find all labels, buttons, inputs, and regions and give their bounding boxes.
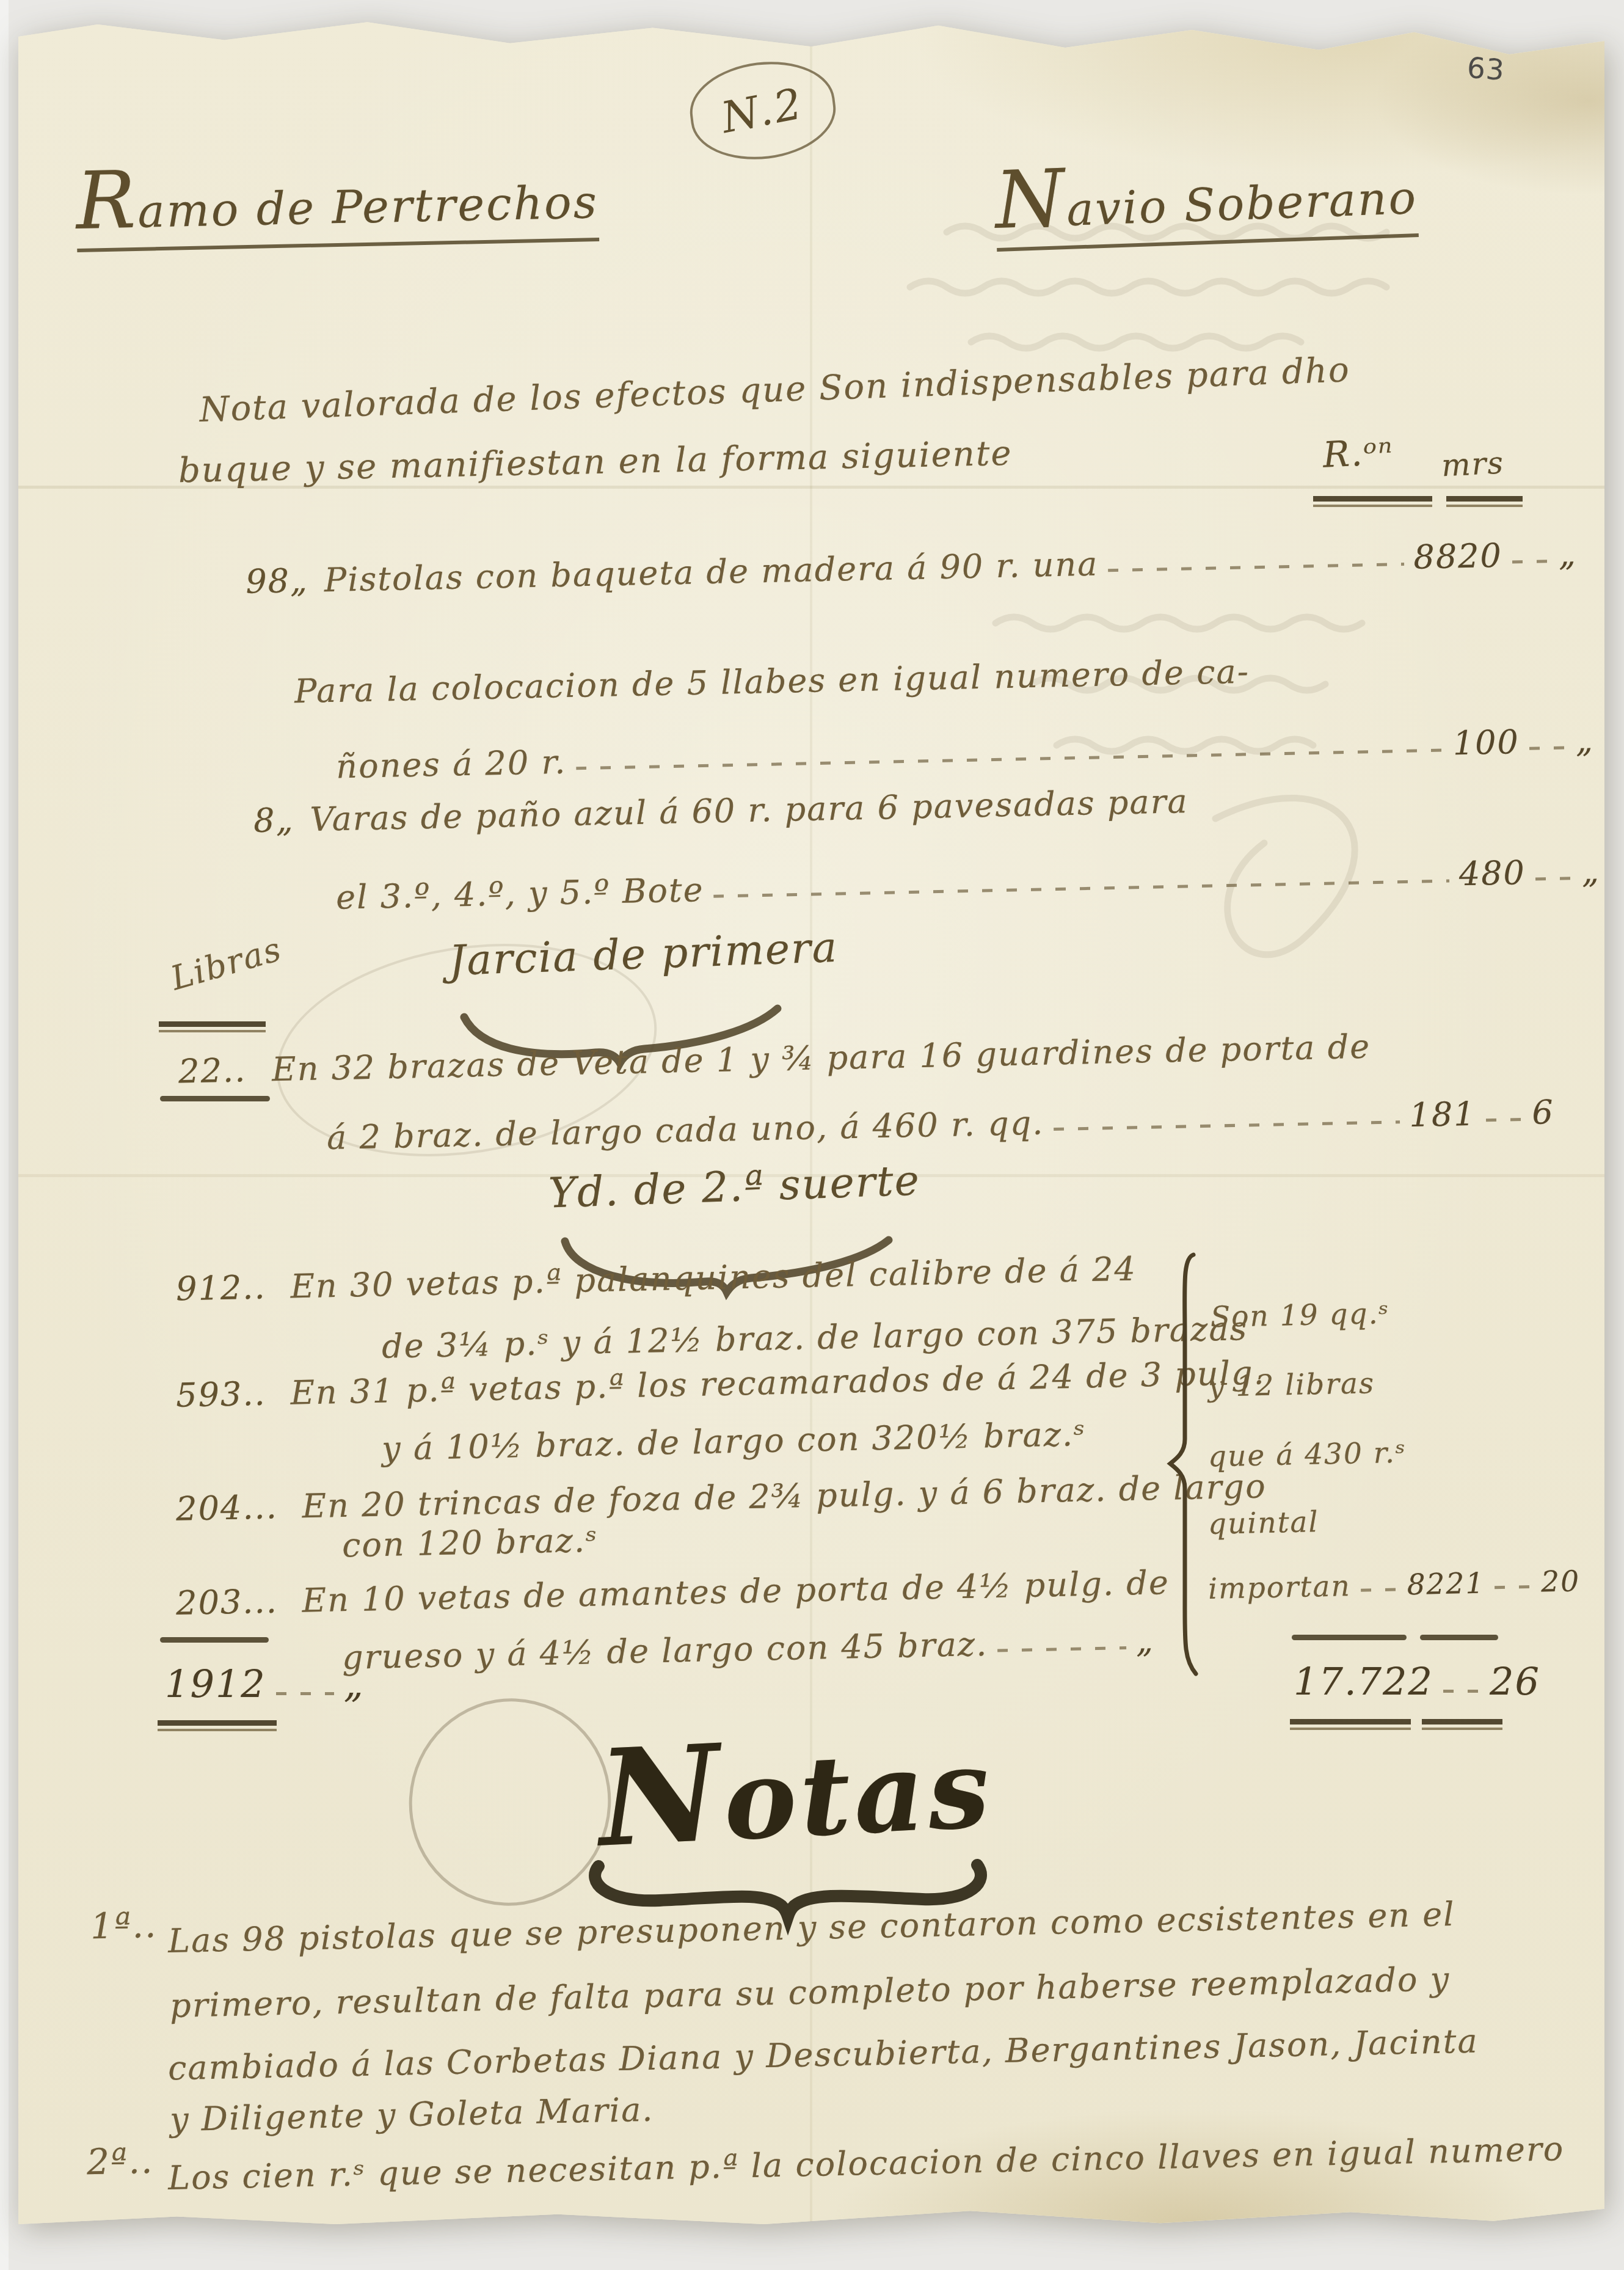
dotted-leader <box>1054 1120 1399 1131</box>
quantity-underline <box>160 1096 270 1101</box>
item-amount-maravedis: „ <box>1575 721 1594 760</box>
item-amount-maravedis: „ <box>1581 852 1600 891</box>
scan-background: { "page": { "folio": "63", "doc_no": "N.… <box>0 0 1624 2270</box>
ship-name-header: Navio Soberano <box>994 162 1419 252</box>
item-quantity: 912.. <box>176 1268 267 1308</box>
note-line: y Diligente y Goleta Maria. <box>169 2092 654 2139</box>
column-header-maravedis: mrs <box>1441 446 1506 483</box>
item-text: En 30 vetas p.ª palanquines del calibre … <box>290 1250 1137 1306</box>
dotted-leader <box>1529 746 1566 750</box>
brace-note-line: quintal <box>1207 1506 1319 1541</box>
item-text: grueso y á 4½ de largo con 45 braz. <box>341 1625 988 1677</box>
item-text: con 120 braz.ˢ <box>341 1522 599 1564</box>
subtotal-overline <box>160 1637 269 1643</box>
line-item: grueso y á 4½ de largo con 45 braz. „ <box>341 1621 1154 1677</box>
dotted-leader <box>1495 1585 1531 1589</box>
folio-number: 63 <box>1466 51 1506 87</box>
note-number: 1ª.. <box>90 1905 158 1946</box>
item-amount-maravedis: „ <box>1135 1621 1154 1660</box>
dotted-leader <box>1361 1588 1397 1591</box>
brace-note-line: importan <box>1207 1569 1351 1606</box>
dotted-leader <box>1486 1118 1523 1122</box>
item-amount-reales: 480 <box>1458 853 1526 893</box>
item-text: En 10 vetas de amantes de porta de 4½ pu… <box>302 1563 1170 1620</box>
note-line: Los cien r.ˢ que se necesitan p.ª la col… <box>168 2131 1565 2197</box>
item-amount-reales: 100 <box>1452 723 1520 762</box>
total-overline <box>1420 1635 1498 1640</box>
note-line: cambiado á las Corbetas Diana y Descubie… <box>168 2023 1479 2087</box>
dotted-leader <box>1443 1690 1480 1693</box>
item-text: En 20 trincas de foza de 2¾ pulg. y á 6 … <box>302 1467 1267 1525</box>
document-number: N.2 <box>718 78 809 143</box>
dotted-leader <box>997 1646 1126 1652</box>
line-item: 593.. En 31 p.ª vetas p.ª los recamarado… <box>176 1353 1266 1414</box>
item-quantity: 203... <box>176 1582 279 1622</box>
item-quantity: 22.. <box>178 1051 247 1090</box>
total-maravedis: 26 <box>1490 1659 1540 1704</box>
document-number-flourish: N.2 <box>685 54 840 167</box>
brace-note-line: que á 430 r.ˢ <box>1207 1437 1407 1473</box>
subtotal-left: 1912 „ <box>165 1662 366 1706</box>
item-amount-reales: 8820 <box>1413 536 1503 577</box>
manuscript-page: 63 N.2 Ramo de Pertrechos Navio Soberano… <box>18 12 1604 2231</box>
page-shadow: 63 N.2 Ramo de Pertrechos Navio Soberano… <box>0 0 1624 2270</box>
item-text: ñones á 20 r. <box>336 743 567 786</box>
brace-amount-reales: 8221 <box>1407 1566 1485 1602</box>
item-text: y á 10½ braz. de largo con 320½ braz.ˢ <box>381 1416 1086 1468</box>
item-text: el 3.º, 4.º, y 5.º Bote <box>336 870 705 917</box>
column-header-rule <box>1446 496 1523 508</box>
line-item: 204... En 20 trincas de foza de 2¾ pulg.… <box>176 1467 1267 1528</box>
item-amount-maravedis: „ <box>1558 535 1577 574</box>
column-header-rule <box>1313 496 1432 508</box>
total-double-rule <box>1290 1719 1411 1731</box>
section-heading-jarcia-primera: Jarcia de primera <box>448 925 839 985</box>
total-overline <box>1292 1635 1407 1640</box>
dotted-leader <box>714 879 1449 897</box>
subtotal-double-rule <box>158 1720 277 1732</box>
item-quantity: 8„ <box>253 801 295 840</box>
brace-note-line: y 12 libras <box>1207 1368 1375 1403</box>
dotted-leader <box>276 1692 334 1695</box>
section-heading-segunda-suerte: Yd. de 2.ª suerte <box>548 1158 921 1217</box>
subtotal-value: 1912 <box>165 1662 266 1706</box>
note-number: 2ª.. <box>86 2141 154 2182</box>
dotted-leader <box>1512 560 1549 563</box>
line-item: 203... En 10 vetas de amantes de porta d… <box>176 1563 1170 1622</box>
total-reales: 17.722 <box>1294 1659 1433 1704</box>
brace-note-total: importan 8221 20 <box>1207 1565 1556 1606</box>
dotted-leader <box>1108 563 1404 572</box>
brace-amount-maravedis: 20 <box>1541 1564 1581 1599</box>
dotted-leader <box>1535 877 1572 880</box>
total-double-rule <box>1422 1719 1502 1731</box>
grouping-brace <box>1162 1251 1204 1679</box>
section-header-left: Ramo de Pertrechos <box>76 167 599 252</box>
brace-note-line: Son 19 qq.ˢ <box>1210 1298 1389 1334</box>
margin-label-rule <box>159 1021 266 1033</box>
grand-total: 17.722 26 <box>1294 1659 1550 1704</box>
column-header-reales: R.ᵒⁿ <box>1322 432 1394 475</box>
margin-label-libras: Libras <box>167 931 286 998</box>
subtotal-maravedis: „ <box>344 1662 365 1706</box>
item-quantity: 98„ <box>246 561 309 601</box>
item-quantity: 593.. <box>176 1374 267 1415</box>
item-amount-maravedis: 6 <box>1532 1093 1555 1132</box>
item-amount-reales: 181 <box>1409 1095 1476 1134</box>
item-quantity: 204... <box>176 1487 279 1528</box>
